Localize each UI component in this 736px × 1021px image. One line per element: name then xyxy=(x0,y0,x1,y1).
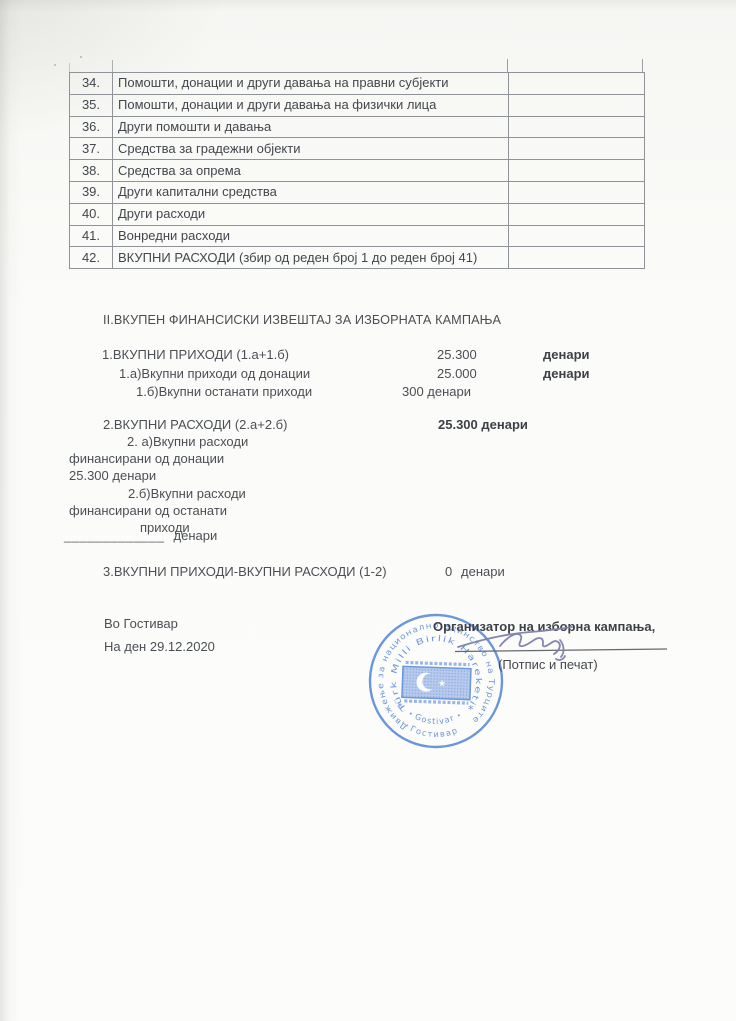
expenses-table: 34. Помошти, донации и други давања на п… xyxy=(69,72,645,269)
expenses-donations-line1: 2. а)Вкупни расходи xyxy=(127,434,248,449)
table-row: 42. ВКУПНИ РАСХОДИ (збир од реден број 1… xyxy=(70,247,645,269)
total-income-amount: 25.300 xyxy=(437,347,477,362)
table-row: 36. Други помошти и давања xyxy=(70,116,645,138)
balance-unit: денари xyxy=(461,564,505,579)
table-row: 41. Вонредни расходи xyxy=(70,225,645,247)
total-income-unit: денари xyxy=(543,347,590,362)
signature-line xyxy=(455,649,667,652)
row-label: Вонредни расходи xyxy=(113,225,509,247)
balance-amount: 0 xyxy=(445,564,452,579)
table-row: 39. Други капитални средства xyxy=(70,181,645,203)
row-value xyxy=(509,94,645,116)
expenses-donations-line2: финансирани од донации xyxy=(69,451,224,466)
stamp-dot xyxy=(410,713,412,715)
total-income-label: 1.ВКУПНИ ПРИХОДИ (1.а+1.б) xyxy=(102,347,289,362)
total-expenses-amount: 25.300 денари xyxy=(438,417,528,432)
row-value xyxy=(509,160,645,182)
table-row: 40. Други расходи xyxy=(70,203,645,225)
income-donations-amount: 25.000 xyxy=(437,366,477,381)
row-number: 36. xyxy=(70,116,113,138)
row-number: 34. xyxy=(70,73,113,95)
expenses-donations-amount: 25.300 денари xyxy=(69,468,156,483)
row-label: Други помошти и давања xyxy=(113,116,509,138)
row-label: Други расходи xyxy=(113,203,509,225)
table-row: 35. Помошти, донации и други давања на ф… xyxy=(70,94,645,116)
star-icon: ★ xyxy=(438,679,446,689)
row-value xyxy=(509,247,645,269)
row-number: 37. xyxy=(70,138,113,160)
section-heading: II.ВКУПЕН ФИНАНСИСКИ ИЗВЕШТАЈ ЗА ИЗБОРНА… xyxy=(103,313,501,328)
stamp-separator-left: * xyxy=(397,701,403,714)
income-donations-unit: денари xyxy=(543,366,590,381)
row-label: ВКУПНИ РАСХОДИ (збир од реден број 1 до … xyxy=(113,247,509,269)
row-label: Средства за градежни објекти xyxy=(113,138,509,160)
row-number: 40. xyxy=(70,203,113,225)
row-label: Други капитални средства xyxy=(113,181,509,203)
expenses-other-line1: 2.б)Вкупни расходи xyxy=(128,486,246,501)
expenses-other-line2: финансирани од останати xyxy=(69,503,227,518)
row-number: 41. xyxy=(70,225,113,247)
income-other-label: 1.б)Вкупни останати приходи xyxy=(136,384,312,399)
row-value xyxy=(509,181,645,203)
scanned-document-page: 34. Помошти, донации и други давања на п… xyxy=(0,0,736,1021)
row-value xyxy=(509,138,645,160)
row-label: Средства за опрема xyxy=(113,160,509,182)
stamp-city-latin: Gostivar xyxy=(413,711,456,727)
stamp-microtext-bottom xyxy=(404,701,468,703)
row-label: Помошти, донации и други давања на правн… xyxy=(113,73,509,95)
stamp-dot xyxy=(458,714,460,716)
expenses-other-blank-line: _____________денари xyxy=(64,528,217,543)
row-number: 39. xyxy=(70,181,113,203)
row-label: Помошти, донации и други давања на физич… xyxy=(113,94,509,116)
signoff-date: На ден 29.12.2020 xyxy=(104,639,215,654)
row-value xyxy=(509,116,645,138)
row-number: 38. xyxy=(70,160,113,182)
income-other-amount: 300 денари xyxy=(402,384,471,399)
table-row: 37. Средства за градежни објекти xyxy=(70,138,645,160)
table-column-stub xyxy=(69,63,70,72)
table-row: 34. Помошти, донации и други давања на п… xyxy=(70,73,645,95)
row-number: 42. xyxy=(70,247,113,269)
row-value xyxy=(509,203,645,225)
row-number: 35. xyxy=(70,94,113,116)
table-row: 38. Средства за опрема xyxy=(70,160,645,182)
table-column-stub xyxy=(112,60,113,72)
handwritten-signature xyxy=(430,615,680,670)
expenses-other-unit: денари xyxy=(174,528,218,543)
scan-speck xyxy=(54,64,56,66)
stamp-separator-right: * xyxy=(468,703,474,716)
row-value xyxy=(509,225,645,247)
signoff-place: Во Гостивар xyxy=(104,616,178,631)
signature-stroke xyxy=(458,627,572,647)
blank-underscores: _____________ xyxy=(64,528,165,543)
row-value xyxy=(509,73,645,95)
table-column-stub xyxy=(507,59,508,72)
total-expenses-label: 2.ВКУПНИ РАСХОДИ (2.а+2.б) xyxy=(103,417,287,432)
income-donations-label: 1.а)Вкупни приходи од донации xyxy=(119,366,310,381)
table-column-stub xyxy=(642,59,643,72)
scan-speck xyxy=(80,56,82,58)
balance-label: 3.ВКУПНИ ПРИХОДИ-ВКУПНИ РАСХОДИ (1-2) xyxy=(103,564,387,579)
